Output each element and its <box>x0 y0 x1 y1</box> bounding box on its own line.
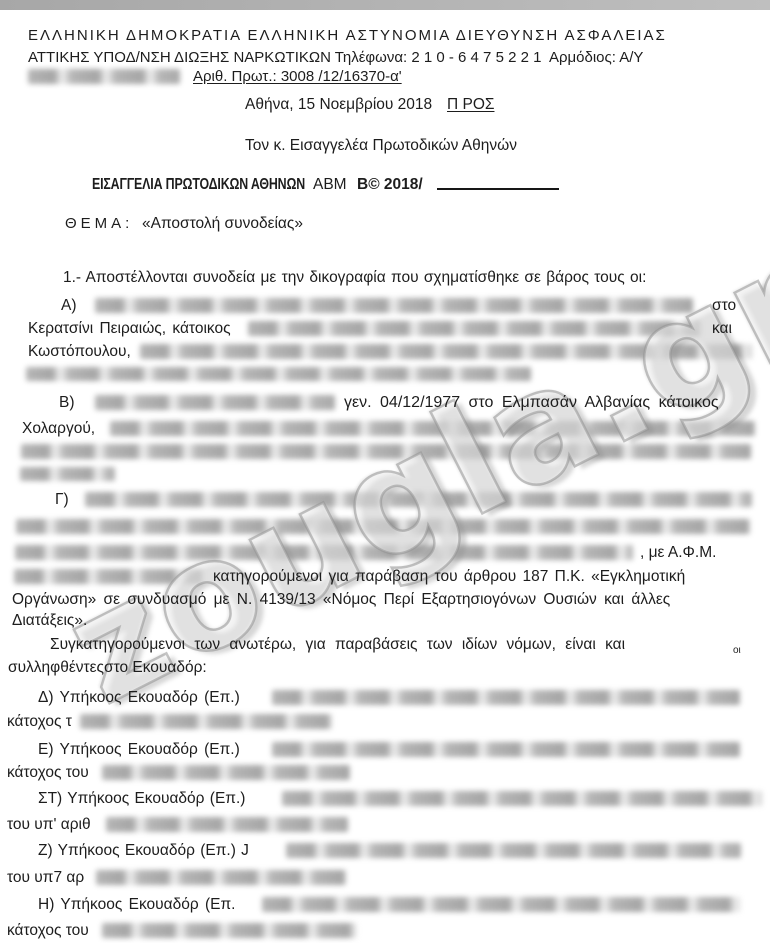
item-e-line-1: Ε) Υπήκοος Εκουαδόρ (Επ.) <box>0 740 770 760</box>
redacted-text <box>272 742 740 757</box>
text-run: κατηγορούμενοι για παράβαση του άρθρου 1… <box>213 567 685 586</box>
blank-underline <box>437 188 559 190</box>
protocol-line: Αριθ. Πρωτ.: 3008 /12/16370-α' <box>0 67 770 87</box>
redacted-text <box>20 467 115 481</box>
redacted-text <box>15 545 633 560</box>
text-run: Τον κ. Εισαγγελέα Πρωτοδικών Αθηνών <box>245 136 517 155</box>
item-st-line-1: ΣΤ) Υπήκοος Εκουαδόρ (Επ.) <box>0 789 770 809</box>
text-run: κάτοχος τ <box>7 712 72 731</box>
item-c-line-6: Διατάξεις». <box>0 611 770 631</box>
text-run: του υπ' αριθ <box>7 815 91 834</box>
text-run: του υπ7 αρ <box>7 868 84 887</box>
text-run: Αριθ. Πρωτ.: 3008 /12/16370-α' <box>193 67 402 86</box>
text-run: Κερατσίνι Πειραιώς, κάτοικος <box>28 319 231 338</box>
item-d-line-1: Δ) Υπήκοος Εκουαδόρ (Επ.) <box>0 688 770 708</box>
redacted-text <box>21 444 751 459</box>
para-2-line-1: Συγκατηγορούμενοι των ανωτέρω, για παραβ… <box>0 635 770 655</box>
item-c-line-4: κατηγορούμενοι για παράβαση του άρθρου 1… <box>0 567 770 587</box>
redacted-text <box>282 791 762 806</box>
item-b-line-4 <box>0 465 770 485</box>
redacted-text <box>102 923 357 938</box>
date-line: Αθήνα, 15 Νοεμβρίου 2018Π ΡΟΣ <box>0 95 770 115</box>
text-run: Γ) <box>55 490 69 509</box>
text-run: , με Α.Φ.Μ. <box>640 543 716 562</box>
header-line-1: ΕΛΛΗΝΙΚΗ ΔΗΜΟΚΡΑΤΙΑ ΕΛΛΗΝΙΚΗ ΑΣΤΥΝΟΜΙΑ Δ… <box>0 26 770 46</box>
redacted-text <box>262 897 740 912</box>
text-run: Οργάνωση» σε συνδυασμό με Ν. 4139/13 «Νό… <box>12 590 670 609</box>
text-run: Α) <box>61 296 77 315</box>
item-z-line-1: Ζ) Υπήκοος Εκουαδόρ (Επ.) J <box>0 841 770 861</box>
para-2-line-2: συλληφθέντεςστο Εκουαδόρ: <box>0 658 770 678</box>
redacted-text <box>286 843 741 858</box>
item-h-line-2: κάτοχος του <box>0 921 770 941</box>
item-a-line-2: Κερατσίνι Πειραιώς, κάτοικοςκαι <box>0 319 770 339</box>
text-run: ΑΒΜ <box>313 175 347 194</box>
redacted-text <box>95 298 693 313</box>
header-line-2: ΑΤΤΙΚΗΣ ΥΠΟΔ/ΝΣΗ ΔΙΩΞΗΣ ΝΑΡΚΩΤΙΚΩΝ Τηλέφ… <box>0 48 770 68</box>
redacted-text <box>95 395 335 410</box>
item-st-line-2: του υπ' αριθ <box>0 815 770 835</box>
item-b-line-2: Χολαργού, <box>0 419 770 439</box>
text-run: Ε) Υπήκοος Εκουαδόρ (Επ.) <box>38 740 240 759</box>
item-z-line-2: του υπ7 αρ <box>0 868 770 888</box>
text-run: Συγκατηγορούμενοι των ανωτέρω, για παραβ… <box>50 635 625 654</box>
item-a-line-1: Α)στο <box>0 296 770 316</box>
text-run: ΘΕΜΑ: <box>65 214 133 233</box>
item-d-line-2: κάτοχος τ <box>0 712 770 732</box>
item-h-line-1: Η) Υπήκοος Εκουαδόρ (Επ. <box>0 895 770 915</box>
text-run: Ζ) Υπήκοος Εκουαδόρ (Επ.) J <box>38 841 249 860</box>
text-run: Αθήνα, 15 Νοεμβρίου 2018 <box>245 95 432 114</box>
item-c-line-2 <box>0 517 770 537</box>
item-c-line-5: Οργάνωση» σε συνδυασμό με Ν. 4139/13 «Νό… <box>0 590 770 610</box>
para-1-intro: 1.- Αποστέλλονται συνοδεία με την δικογρ… <box>0 268 770 288</box>
redacted-text <box>106 817 348 832</box>
text-run: οι <box>733 641 741 660</box>
text-run: Η) Υπήκοος Εκουαδόρ (Επ. <box>38 895 235 914</box>
text-run: ΕΙΣΑΓΓΕΛΙΑ ΠΡΩΤΟΔΙΚΩΝ ΑΘΗΝΩΝ <box>92 175 305 194</box>
redacted-text <box>110 421 755 436</box>
redacted-text <box>80 714 332 729</box>
redacted-text <box>140 344 752 359</box>
text-run: Β) <box>59 393 75 412</box>
redacted-text <box>102 765 350 780</box>
text-run: Διατάξεις». <box>12 611 87 630</box>
text-run: και <box>712 319 732 338</box>
text-run: ΣΤ) Υπήκοος Εκουαδόρ (Επ.) <box>38 789 245 808</box>
item-e-line-2: κάτοχος του <box>0 763 770 783</box>
text-run: Χολαργού, <box>22 419 95 438</box>
redacted-text <box>272 690 740 705</box>
scan-edge-strip <box>0 0 770 10</box>
text-run: ΑΤΤΙΚΗΣ ΥΠΟΔ/ΝΣΗ ΔΙΩΞΗΣ ΝΑΡΚΩΤΙΚΩΝ Τηλέφ… <box>28 48 643 67</box>
recipient-line: Τον κ. Εισαγγελέα Πρωτοδικών Αθηνών <box>0 136 770 156</box>
redacted-text <box>16 519 750 534</box>
redacted-text <box>96 870 346 885</box>
item-a-line-3: Κωστόπουλου, <box>0 342 770 362</box>
text-run: κάτοχος του <box>7 763 89 782</box>
item-b-line-3 <box>0 442 770 462</box>
redacted-text <box>26 367 531 381</box>
redacted-text <box>28 69 180 84</box>
item-c-line-3: , με Α.Φ.Μ. <box>0 543 770 563</box>
text-run: Κωστόπουλου, <box>28 342 131 361</box>
text-run: στο <box>712 296 736 315</box>
text-run: 1.- Αποστέλλονται συνοδεία με την δικογρ… <box>63 268 646 287</box>
subject-line: ΘΕΜΑ:«Αποστολή συνοδείας» <box>0 214 770 234</box>
text-run: Π ΡΟΣ <box>447 95 494 114</box>
redacted-text <box>14 569 202 584</box>
redacted-text <box>248 321 700 336</box>
text-run: γεν. 04/12/1977 στο Ελμπασάν Αλβανίας κά… <box>344 393 719 412</box>
item-a-line-4 <box>0 365 770 385</box>
prosecution-abm-line: ΕΙΣΑΓΓΕΛΙΑ ΠΡΩΤΟΔΙΚΩΝ ΑΘΗΝΩΝΑΒΜΒ© 2018/ <box>0 175 770 195</box>
text-run: Β© 2018/ <box>357 175 423 194</box>
item-b-line-1: Β)γεν. 04/12/1977 στο Ελμπασάν Αλβανίας … <box>0 393 770 413</box>
text-run: συλληφθέντεςστο Εκουαδόρ: <box>8 658 207 677</box>
scanned-document: zougla.gr ΕΛΛΗΝΙΚΗ ΔΗΜΟΚΡΑΤΙΑ ΕΛΛΗΝΙΚΗ Α… <box>0 0 770 943</box>
text-run: κάτοχος του <box>7 921 89 940</box>
text-run: «Αποστολή συνοδείας» <box>142 214 303 233</box>
text-run: ΕΛΛΗΝΙΚΗ ΔΗΜΟΚΡΑΤΙΑ ΕΛΛΗΝΙΚΗ ΑΣΤΥΝΟΜΙΑ Δ… <box>28 26 667 45</box>
text-run: Δ) Υπήκοος Εκουαδόρ (Επ.) <box>38 688 240 707</box>
item-c-line-1: Γ) <box>0 490 770 510</box>
redacted-text <box>85 492 752 507</box>
